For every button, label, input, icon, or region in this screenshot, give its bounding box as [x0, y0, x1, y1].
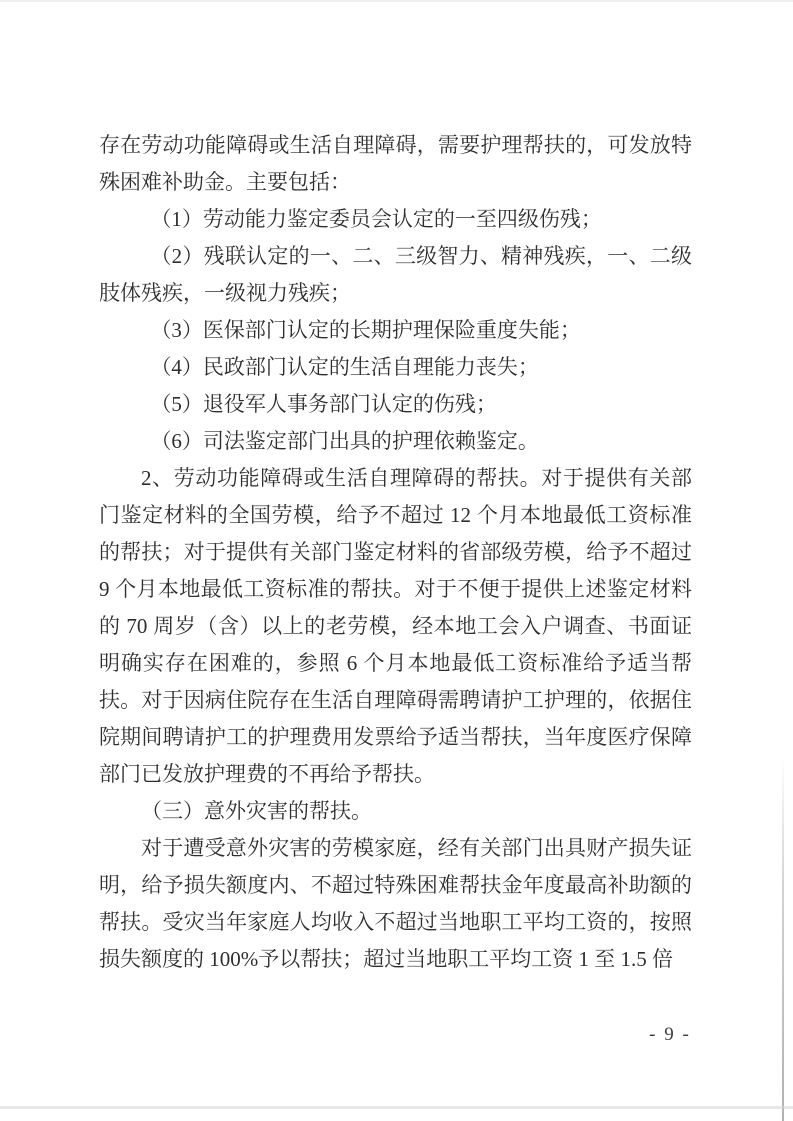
- list-item: （4）民政部门认定的生活自理能力丧失；: [99, 349, 692, 386]
- paragraph: 存在劳动功能障碍或生活自理障碍，需要护理帮扶的，可发放特殊困难补助金。主要包括：: [99, 127, 692, 201]
- scan-line-bottom: [0, 1106, 793, 1109]
- list-item: （1）劳动能力鉴定委员会认定的一至四级伤残；: [99, 201, 692, 238]
- paragraph: 对于遭受意外灾害的劳模家庭，经有关部门出具财产损失证明，给予损失额度内、不超过特…: [99, 830, 692, 978]
- paragraph: 2、劳动功能障碍或生活自理障碍的帮扶。对于提供有关部门鉴定材料的全国劳模，给予不…: [99, 460, 692, 793]
- document-page: 存在劳动功能障碍或生活自理障碍，需要护理帮扶的，可发放特殊困难补助金。主要包括：…: [0, 0, 793, 1121]
- document-body: 存在劳动功能障碍或生活自理障碍，需要护理帮扶的，可发放特殊困难补助金。主要包括：…: [99, 127, 692, 978]
- page-number: - 9 -: [610, 1024, 730, 1046]
- scan-line-vertical: [782, 756, 784, 1121]
- list-item: （6）司法鉴定部门出具的护理依赖鉴定。: [99, 423, 692, 460]
- list-item: （2）残联认定的一、二、三级智力、精神残疾，一、二级肢体残疾，一级视力残疾；: [99, 238, 692, 312]
- list-item: （3）医保部门认定的长期护理保险重度失能；: [99, 312, 692, 349]
- scan-edge-top: [0, 0, 793, 2]
- list-item: （5）退役军人事务部门认定的伤残；: [99, 386, 692, 423]
- section-heading: （三）意外灾害的帮扶。: [99, 793, 692, 830]
